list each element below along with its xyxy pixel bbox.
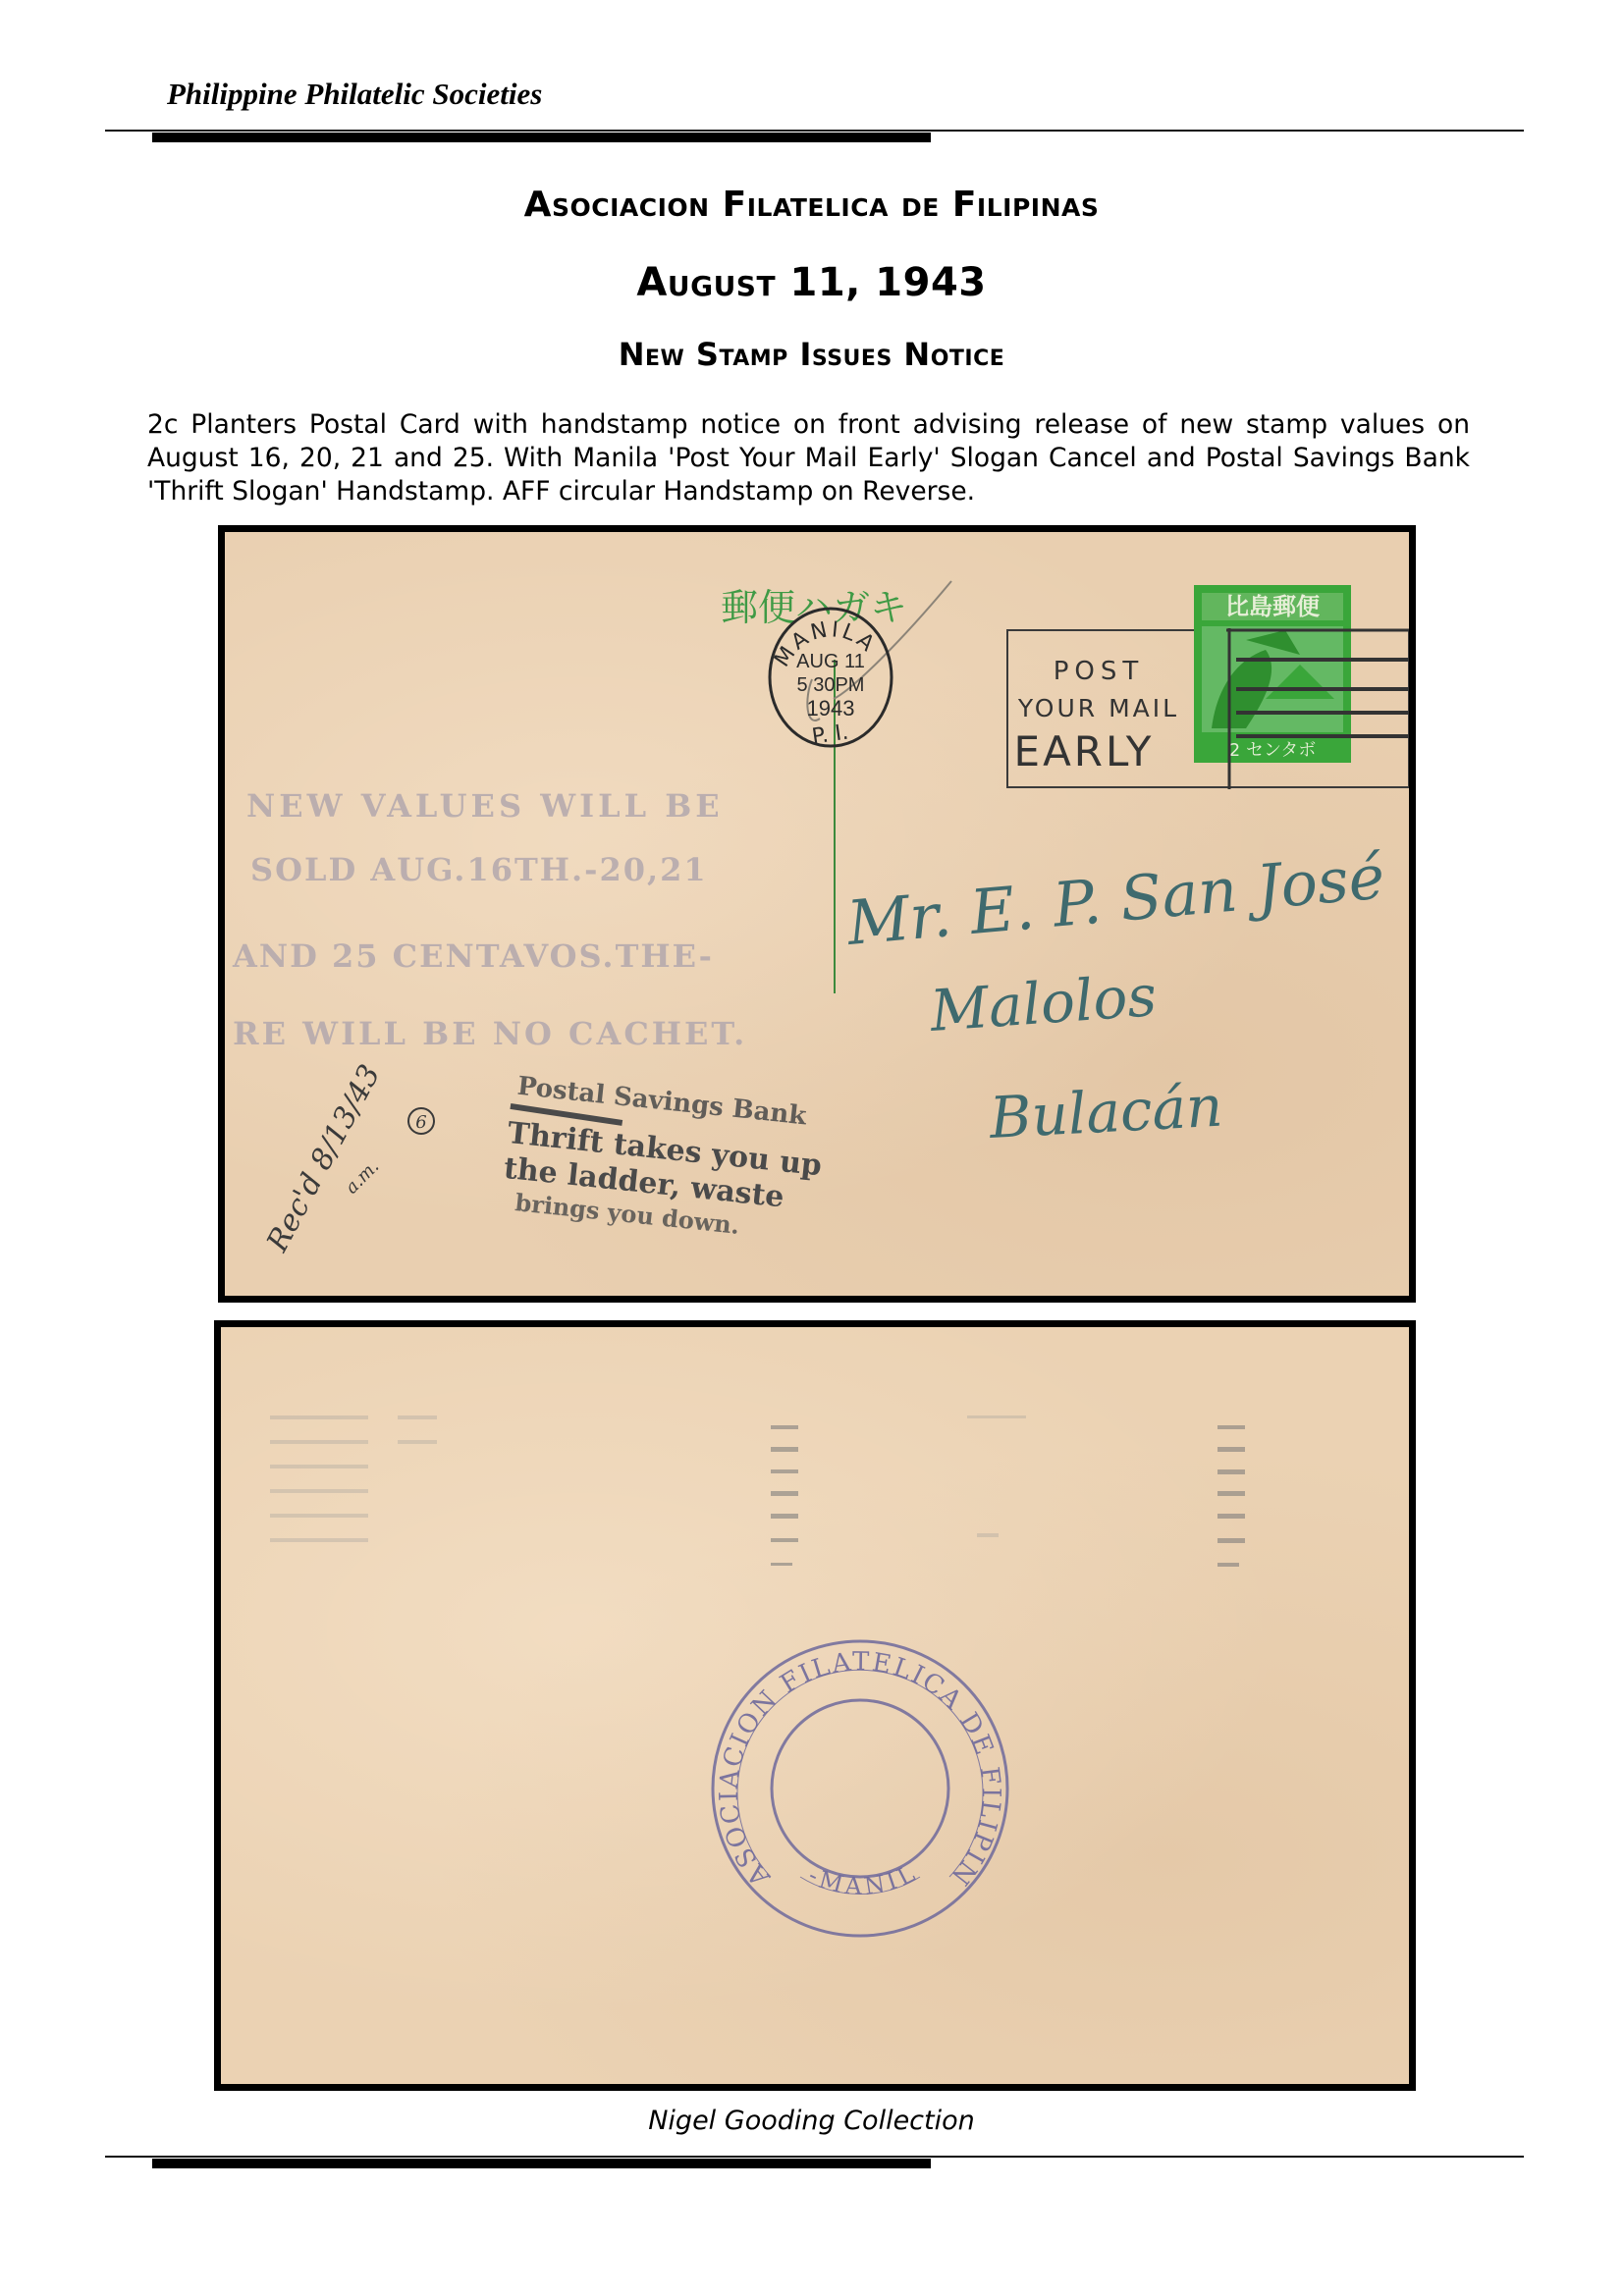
svg-text:P. I.: P. I. [810,721,849,750]
footer-rule-thick [152,2159,931,2168]
manila-postmark: MANILA AUG 11 5 30PM 1943 P. I. [770,609,892,750]
svg-text:Malolos: Malolos [927,962,1159,1044]
svg-text:5 30PM: 5 30PM [797,674,865,696]
collection-caption: Nigel Gooding Collection [0,2106,1623,2136]
page-header-title: Philippine Philatelic Societies [167,77,542,112]
postal-card-front: 郵便ハガキ MANILA AUG 11 5 30PM 1943 P. I. 比島… [218,525,1416,1303]
notice-handstamp: NEW VALUES WILL BE SOLD AUG.16TH.-20,21 … [232,787,747,1052]
header-rule-thin [105,130,1524,132]
postal-card-back: ASOCIACION FILATELICA DE FILIPINAS -MANI… [214,1320,1416,2091]
svg-text:YOUR MAIL: YOUR MAIL [1017,694,1179,722]
thrift-handstamp: Postal Savings Bank Thrift takes you up … [499,1071,828,1248]
svg-text:AUG 11: AUG 11 [796,651,865,672]
svg-text:POST: POST [1054,657,1145,686]
svg-text:a.m.: a.m. [342,1156,384,1199]
page-title: Asociacion Filatelica de Filipinas [0,185,1623,225]
recipient-address: Mr. E. P. San José Malolos Bulacán [843,840,1387,1151]
description: 2c Planters Postal Card with handstamp n… [147,408,1470,508]
svg-text:NEW VALUES WILL BE: NEW VALUES WILL BE [246,787,724,825]
aff-handstamp-text: ASOCIACION FILATELICA DE FILIPINAS [221,1327,1005,1893]
svg-text:RE WILL BE NO CACHET.: RE WILL BE NO CACHET. [233,1015,747,1052]
svg-text:AND 25 CENTAVOS.THE-: AND 25 CENTAVOS.THE- [232,937,714,975]
svg-text:Mr. E. P. San José: Mr. E. P. San José [843,840,1387,959]
postal-card-back-image: ASOCIACION FILATELICA DE FILIPINAS -MANI… [221,1327,1409,2084]
svg-text:SOLD AUG.16TH.-20,21: SOLD AUG.16TH.-20,21 [250,851,708,888]
svg-text:比島郵便: 比島郵便 [1225,593,1320,620]
slogan-cancel: 比島郵便 2 センタボ POST YOUR MAIL EARLY [1007,585,1409,789]
aff-handstamp-city: -MANILA- [221,1327,923,1900]
svg-text:2 センタボ: 2 センタボ [1229,740,1316,761]
page-subtitle: New Stamp Issues Notice [0,336,1623,373]
header-rule-thick [152,133,931,142]
svg-text:Bulacán: Bulacán [987,1073,1224,1151]
svg-text:1943: 1943 [807,696,855,721]
svg-text:EARLY: EARLY [1014,727,1155,775]
postal-card-front-image: 郵便ハガキ MANILA AUG 11 5 30PM 1943 P. I. 比島… [225,532,1409,1296]
footer-rule-thin [105,2156,1524,2158]
page-date: August 11, 1943 [0,260,1623,305]
svg-text:6: 6 [415,1112,426,1133]
received-note: Rec'd 8/13/43 a.m. 6 [260,1059,434,1258]
